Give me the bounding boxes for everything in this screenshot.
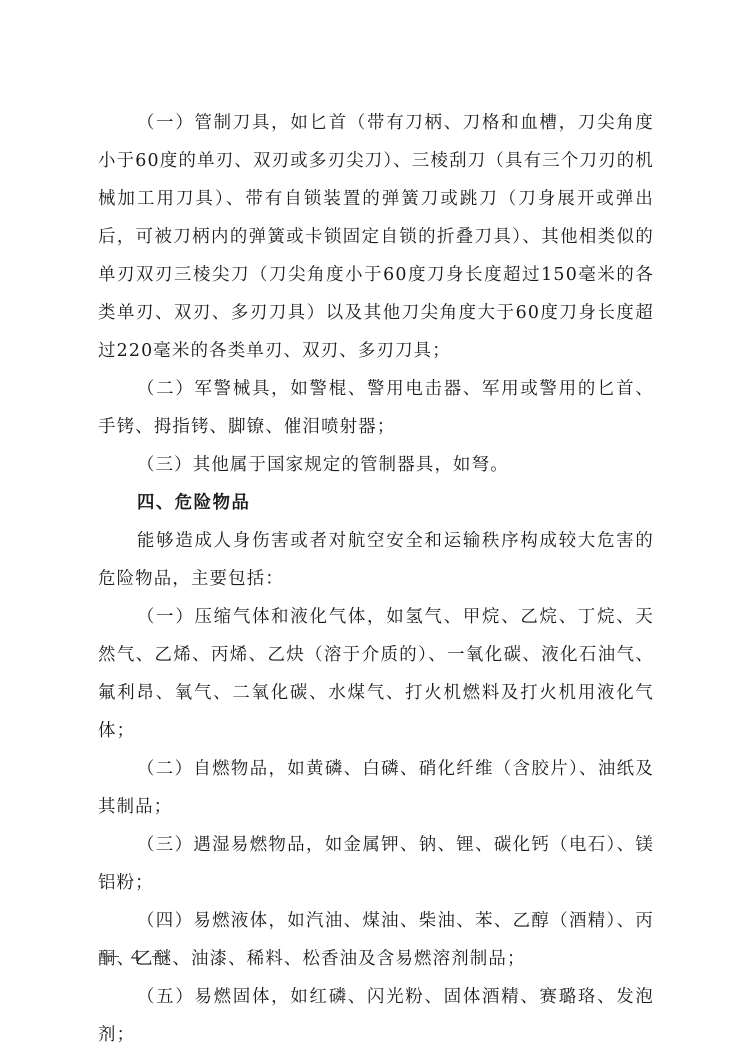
paragraph-controlled-knives: （一）管制刀具，如匕首（带有刀柄、刀格和血槽，刀尖角度小于60度的单刃、双刃或多… bbox=[98, 104, 654, 370]
paragraph-intro: 能够造成人身伤害或者对航空安全和运输秩序构成较大危害的危险物品，主要包括： bbox=[98, 522, 654, 598]
paragraph-police-equipment: （二）军警械具，如警棍、警用电击器、军用或警用的匕首、手铐、拇指铐、脚镣、催泪喷… bbox=[98, 370, 654, 446]
paragraph-flammable-solids: （五）易燃固体，如红磷、闪光粉、固体酒精、赛璐珞、发泡剂； bbox=[98, 978, 654, 1054]
dash-left bbox=[104, 956, 119, 957]
paragraph-water-reactive: （三）遇湿易燃物品，如金属钾、钠、锂、碳化钙（电石）、镁铝粉； bbox=[98, 826, 654, 902]
section-heading-dangerous-goods: 四、危险物品 bbox=[98, 484, 654, 522]
paragraph-gases: （一）压缩气体和液化气体，如氢气、甲烷、乙烷、丁烷、天然气、乙烯、丙烯、乙炔（溶… bbox=[98, 598, 654, 750]
page-number: 4 bbox=[131, 946, 140, 966]
paragraph-spontaneous: （二）自燃物品，如黄磷、白磷、硝化纤维（含胶片）、油纸及其制品； bbox=[98, 750, 654, 826]
paragraph-other-controlled: （三）其他属于国家规定的管制器具，如弩。 bbox=[98, 446, 654, 484]
dash-right bbox=[152, 956, 167, 957]
page-footer: 4 bbox=[104, 946, 167, 966]
document-body: （一）管制刀具，如匕首（带有刀柄、刀格和血槽，刀尖角度小于60度的单刃、双刃或多… bbox=[98, 104, 654, 1054]
paragraph-flammable-liquids: （四）易燃液体，如汽油、煤油、柴油、苯、乙醇（酒精）、丙酮、乙醚、油漆、稀料、松… bbox=[98, 902, 654, 978]
